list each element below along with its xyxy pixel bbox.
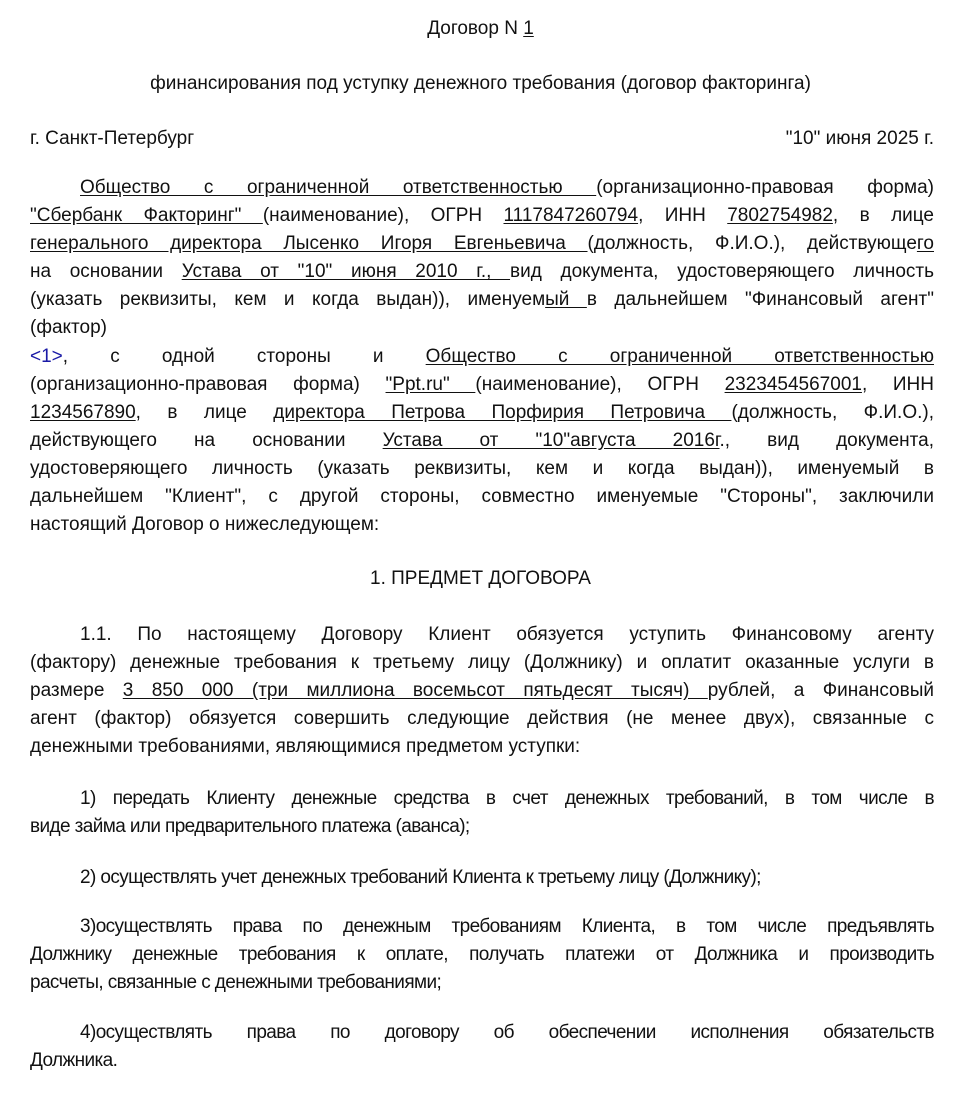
text: на основании (30, 261, 182, 282)
preamble-line: дальнейшем "Клиент", с другой стороны, с… (30, 485, 934, 509)
text: , в лице (136, 402, 274, 423)
clause-line: денежными требованиями, являющимися пред… (30, 735, 934, 759)
preamble-line: настоящий Договор о нижеследующем: (30, 513, 934, 537)
list-item-line: виде займа или предварительного платежа … (30, 815, 934, 839)
title-prefix: Договор N (427, 18, 523, 39)
field-company-name: "Сбербанк Факторинг" (30, 205, 263, 226)
field-client-legal-form: Общество с ограниченной ответственностью (426, 346, 934, 367)
text: в дальнейшем "Финансовый агент" (587, 289, 934, 310)
preamble-line: 1234567890, в лице директора Петрова Пор… (30, 401, 934, 425)
text: (должность, Ф.И.О.), (731, 402, 934, 423)
preamble-line: (фактор) (30, 316, 934, 340)
contract-number: 1 (523, 18, 534, 39)
text: ., вид документа, (720, 430, 934, 451)
text: рублей, а Финансовый (708, 680, 934, 701)
contract-date: "10" июня 2025 г. (30, 127, 934, 151)
text: (наименование), ОГРН (263, 205, 504, 226)
field-client-inn: 1234567890 (30, 402, 136, 423)
text: (организационно-правовая форма) (30, 374, 386, 395)
clause-line: (фактору) денежные требования к третьему… (30, 651, 934, 675)
preamble-line: удостоверяющего личность (указать реквиз… (30, 457, 934, 481)
text: , ИНН (862, 374, 934, 395)
text: , в лице (833, 205, 934, 226)
list-item-line: 2) осуществлять учет денежных требований… (30, 866, 934, 890)
field-basis-document: Устава от "10" июня 2010 г., (182, 261, 510, 282)
preamble-line: генерального директора Лысенко Игоря Евг… (30, 232, 934, 256)
field-client-representative: директора Петрова Порфирия Петровича (273, 402, 731, 423)
text: действующего на основании (30, 430, 383, 451)
preamble-line: "Сбербанк Факторинг" (наименование), ОГР… (30, 204, 934, 228)
list-item-line: Должника. (30, 1049, 934, 1073)
text: (должность, Ф.И.О.), действующе (588, 233, 917, 254)
clause-line: размере 3 850 000 (три миллиона восемьсо… (30, 679, 934, 703)
field-client-basis-document: Устава от "10"августа 2016г (383, 430, 720, 451)
list-item-line: 4)осуществлять права по договору об обес… (30, 1021, 934, 1045)
text: , ИНН (638, 205, 727, 226)
text: (наименование), ОГРН (475, 374, 724, 395)
list-item-line: 3)осуществлять права по денежным требова… (30, 915, 934, 939)
field-representative: генерального директора Лысенко Игоря Евг… (30, 233, 588, 254)
list-item-line: расчеты, связанные с денежными требовани… (30, 971, 934, 995)
list-item-line: Должнику денежные требования к оплате, п… (30, 943, 934, 967)
field-client-name: "Ppt.ru" (386, 374, 476, 395)
text: размере (30, 680, 123, 701)
preamble-line: Общество с ограниченной ответственностью… (30, 176, 934, 200)
hint-text: (организационно-правовая форма) (596, 177, 934, 198)
preamble-line: действующего на основании Устава от "10"… (30, 429, 934, 453)
list-item-line: 1) передать Клиенту денежные средства в … (30, 787, 934, 811)
field-legal-form: Общество с ограниченной ответственностью (80, 177, 596, 198)
preamble-line: на основании Устава от "10" июня 2010 г.… (30, 260, 934, 284)
preamble-line: <1>, с одной стороны и Общество с ограни… (30, 345, 934, 369)
clause-line: 1.1. По настоящему Договору Клиент обязу… (30, 623, 934, 647)
field-amount: 3 850 000 (три миллиона восемьсот пятьде… (123, 680, 708, 701)
text: ый (545, 289, 587, 310)
preamble-line: (указать реквизиты, кем и когда выдан)),… (30, 288, 934, 312)
field-ogrn: 1117847260794 (504, 205, 639, 226)
text: (указать реквизиты, кем и когда выдан)),… (30, 289, 545, 310)
field-inn: 7802754982 (727, 205, 833, 226)
text: , с одной стороны и (63, 346, 426, 367)
clause-line: агент (фактор) обязуется совершить следу… (30, 707, 934, 731)
field-client-ogrn: 2323454567001 (725, 374, 862, 395)
preamble-line: (организационно-правовая форма) "Ppt.ru"… (30, 373, 934, 397)
text: го (917, 233, 934, 254)
section-heading: 1. ПРЕДМЕТ ДОГОВОРА (0, 567, 961, 591)
document-title: Договор N 1 (0, 17, 961, 41)
footnote-reference-link[interactable]: <1> (30, 346, 63, 367)
document-subtitle: финансирования под уступку денежного тре… (0, 72, 961, 96)
text: вид документа, удостоверяющего личность (510, 261, 934, 282)
